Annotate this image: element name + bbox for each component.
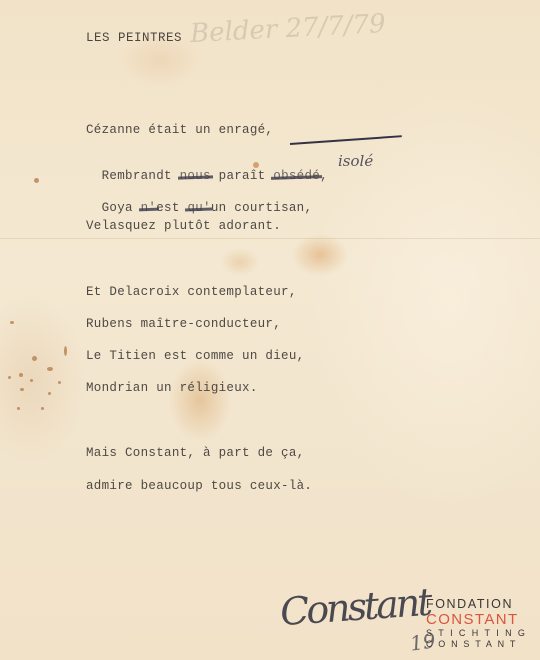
struck-word: n' [141, 201, 157, 215]
poem-line: Cézanne était un enragé, [86, 123, 273, 137]
stain-spot [8, 376, 11, 379]
struck-word: obsédé [273, 169, 320, 183]
stain-spot [17, 407, 20, 410]
logo-line-constant-2: CONSTANT [426, 640, 536, 649]
stain-spot [58, 381, 61, 384]
stain-spot [10, 321, 14, 324]
stain-spot [32, 356, 37, 361]
paper-fold [0, 238, 540, 239]
stain-spot [64, 346, 67, 356]
stain-spot [48, 392, 51, 395]
poem-line: Rubens maître-conducteur, [86, 317, 281, 331]
poem-line: Rembrandt nous paraît obsédé, [86, 155, 328, 183]
logo-line-constant: CONSTANT [426, 612, 536, 627]
struck-word: qu' [187, 201, 210, 215]
line-text: Goya [102, 201, 141, 215]
poem-line: Velasquez plutôt adorant. [86, 219, 281, 233]
stain-spot [47, 367, 53, 371]
logo-line-stichting: STICHTING [426, 629, 536, 638]
fondation-constant-logo: FONDATION CONSTANT STICHTING CONSTANT [426, 598, 536, 649]
poem-line: Mais Constant, à part de ça, [86, 446, 304, 460]
line-text: un courtisan, [211, 201, 312, 215]
handwritten-annotation: isolé [338, 152, 373, 170]
poem-line: Le Titien est comme un dieu, [86, 349, 304, 363]
line-text: Rembrandt [102, 169, 180, 183]
line-text: est [156, 201, 187, 215]
poem-line: Et Delacroix contemplateur, [86, 285, 297, 299]
stain-spot [30, 379, 33, 382]
stain-spot [34, 178, 39, 183]
poem-line: Mondrian un réligieux. [86, 381, 258, 395]
poem-line: Goya n'est qu'un courtisan, [86, 187, 312, 215]
stain-spot [20, 388, 24, 391]
line-text: paraît [211, 169, 273, 183]
stain-spot [19, 373, 23, 377]
logo-line-fondation: FONDATION [426, 598, 536, 611]
poem-title: LES PEINTRES [86, 31, 182, 45]
poem-line: admire beaucoup tous ceux-là. [86, 479, 312, 493]
stain-spot [41, 407, 44, 410]
struck-word: nous [180, 169, 211, 183]
